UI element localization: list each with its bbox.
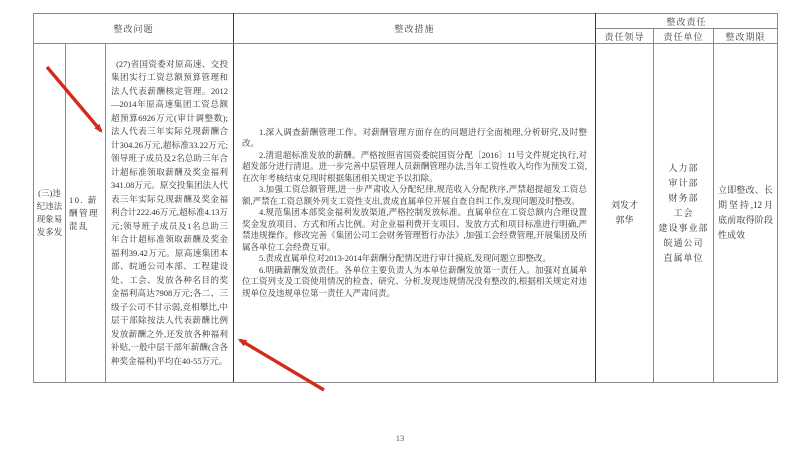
problem-category-cell: (三)违纪违法现象易发多发 — [34, 44, 66, 383]
header-responsibility: 整改责任 — [596, 14, 778, 29]
header-deadline: 整改期限 — [714, 29, 778, 44]
header-measure: 整改措施 — [234, 14, 596, 44]
problem-item-number-cell: 10. 薪酬管理混乱 — [66, 44, 106, 383]
responsible-leader-cell: 刘发才 郭华 — [596, 44, 654, 383]
unit-name: 财务部 — [654, 191, 713, 206]
header-row-1: 整改问题 整改措施 整改责任 — [34, 14, 778, 29]
table-row: (三)违纪违法现象易发多发 10. 薪酬管理混乱 (27)省国资委对原高速、交投… — [34, 44, 778, 383]
leader-name: 刘发才 — [596, 198, 653, 213]
unit-name: 皖通公司 — [654, 236, 713, 251]
unit-name: 审计部 — [654, 176, 713, 191]
page-number: 13 — [0, 433, 800, 443]
header-leader: 责任领导 — [596, 29, 654, 44]
leader-name: 郭华 — [596, 213, 653, 228]
header-problem: 整改问题 — [34, 14, 234, 44]
measure-item: 3.加强工资总额管理,进一步严肃收入分配纪律,规范收入分配秩序,严禁超提超发工资… — [242, 184, 587, 207]
measure-item: 1.深入调查薪酬管理工作。对薪酬管理方面存在的问题进行全面梳理,分析研究,及时整… — [242, 127, 587, 150]
unit-name: 建设事业部 — [654, 221, 713, 236]
problem-description-cell: (27)省国资委对原高速、交投集团实行工资总额预算管理和法人代表薪酬核定管理。2… — [106, 44, 234, 383]
deadline-cell: 立即整改、长期坚持,12月底前取得阶段性成效 — [714, 44, 778, 383]
measure-item: 4.规范集团本部奖金福利发放渠道,严格控制发放标准。直属单位在工资总额内合理设置… — [242, 207, 587, 253]
measures-cell: 1.深入调查薪酬管理工作。对薪酬管理方面存在的问题进行全面梳理,分析研究,及时整… — [234, 44, 596, 383]
rectification-table: 整改问题 整改措施 整改责任 责任领导 责任单位 整改期限 (三)违纪违法现象易… — [33, 13, 778, 383]
measure-item: 6.明确薪酬发放责任。各单位主要负责人为本单位薪酬发放第一责任人。加强对直属单位… — [242, 265, 587, 300]
unit-name: 直属单位 — [654, 251, 713, 266]
measure-item: 5.责成直属单位对2013-2014年薪酬分配情况进行审计摸底,发现问题立即整改… — [242, 253, 587, 265]
document-page: 整改问题 整改措施 整改责任 责任领导 责任单位 整改期限 (三)违纪违法现象易… — [0, 0, 800, 453]
responsible-unit-cell: 人力部 审计部 财务部 工会 建设事业部 皖通公司 直属单位 — [654, 44, 714, 383]
header-unit: 责任单位 — [654, 29, 714, 44]
measure-item: 2.清退超标准发放的薪酬。严格按照省国资委皖国资分配〔2016〕11号文件规定执… — [242, 150, 587, 185]
unit-name: 人力部 — [654, 161, 713, 176]
unit-name: 工会 — [654, 206, 713, 221]
problem-description-text: (27)省国资委对原高速、交投集团实行工资总额预算管理和法人代表薪酬核定管理。2… — [111, 58, 228, 369]
